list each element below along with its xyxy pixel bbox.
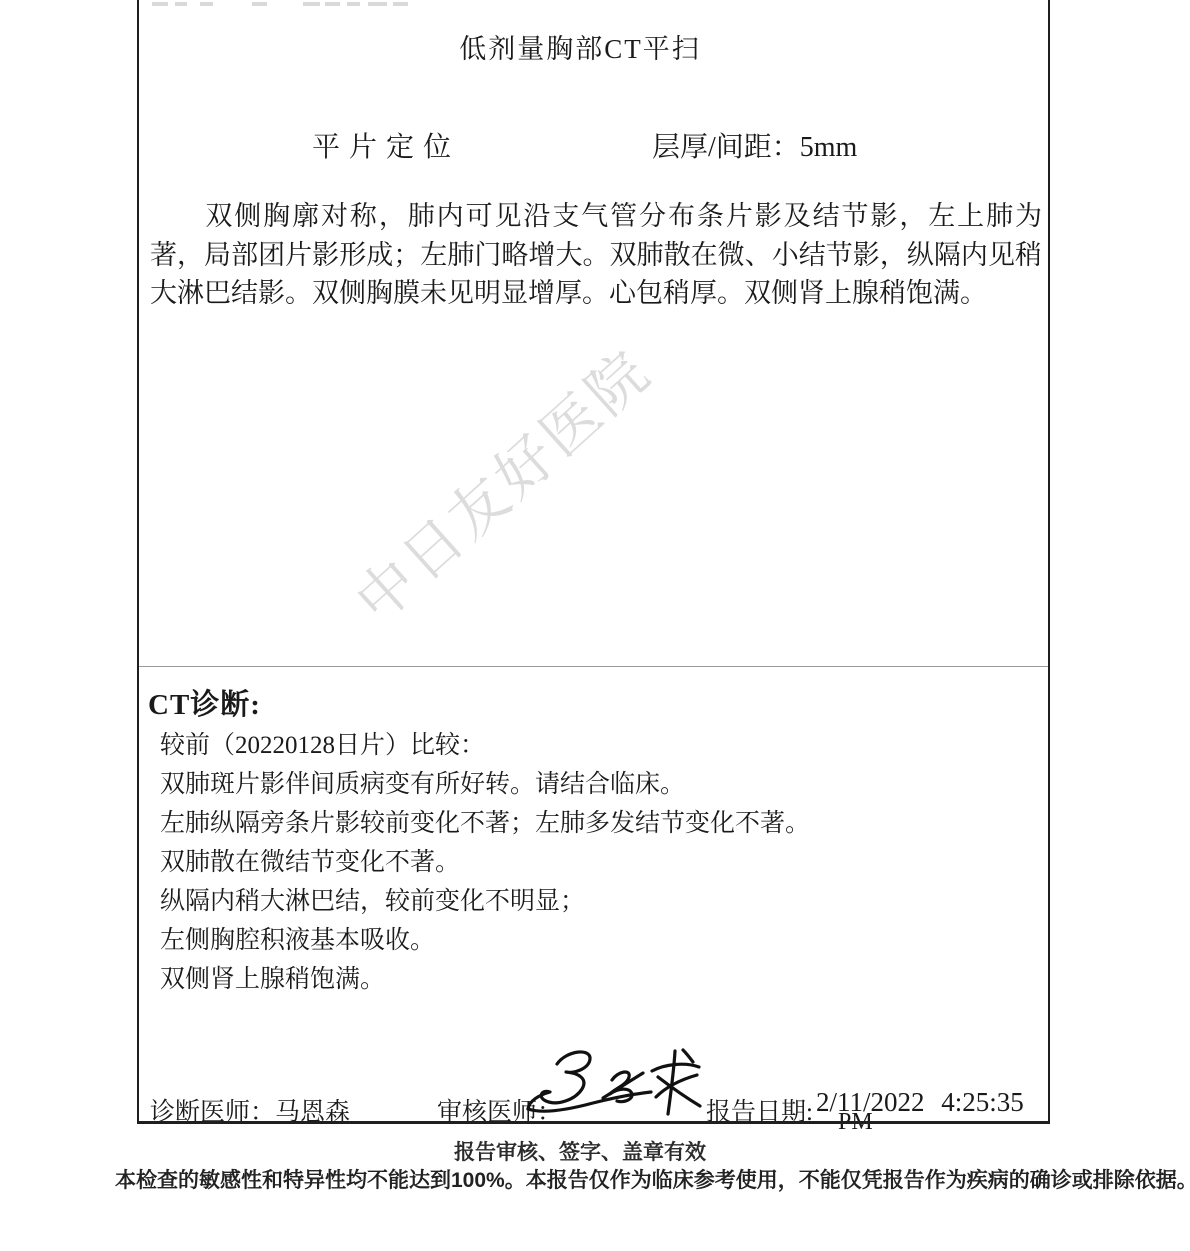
section-divider (139, 666, 1048, 667)
slice-thickness-label: 层厚/间距：5mm (652, 125, 857, 165)
diagnosis-line: 左侧胸腔积液基本吸收。 (160, 921, 1040, 960)
ct-report-page: 中日友好医院 低剂量胸部CT平扫 平片定位 层厚/间距：5mm 双侧胸廓对称，肺… (0, 0, 1190, 1251)
diagnosis-line: 左肺纵隔旁条片影较前变化不著；左肺多发结节变化不著。 (160, 804, 1040, 843)
cropped-text-remnant (368, 2, 387, 6)
footer-disclaimer: 本检查的敏感性和特异性均不能达到100%。本报告仅作为临床参考使用，不能仅凭报告… (115, 1164, 1075, 1194)
cropped-text-remnant (325, 2, 340, 6)
frame-left-border (137, 0, 139, 1124)
frame-bottom-border (137, 1121, 1050, 1124)
diagnosis-line: 双肺散在微结节变化不著。 (160, 843, 1040, 882)
diagnosis-lines: 较前（20220128日片）比较： 双肺斑片影伴间质病变有所好转。请结合临床。 … (160, 726, 1040, 999)
cropped-text-remnant (252, 2, 267, 6)
frame-right-border (1048, 0, 1050, 1124)
diagnosis-line: 纵隔内稍大淋巴结，较前变化不明显； (160, 882, 1040, 921)
diagnosis-line: 双肺斑片影伴间质病变有所好转。请结合临床。 (160, 765, 1040, 804)
hospital-watermark: 中日友好医院 (331, 324, 670, 641)
cropped-text-remnant (393, 2, 408, 6)
cropped-text-remnant (347, 2, 360, 6)
cropped-text-remnant (200, 2, 213, 6)
exam-title: 低剂量胸部CT平扫 (138, 27, 1022, 66)
findings-paragraph: 双侧胸廓对称，肺内可见沿支气管分布条片影及结节影，左上肺为著，局部团片影形成；左… (150, 197, 1042, 313)
footer-validity-note: 报告审核、签字、盖章有效 (138, 1136, 1022, 1166)
diagnosis-line: 双侧肾上腺稍饱满。 (160, 960, 1040, 999)
cropped-text-remnant (152, 2, 168, 6)
diagnosis-line: 较前（20220128日片）比较： (160, 726, 1040, 765)
reviewer-signature (515, 1044, 715, 1119)
scout-view-label: 平片定位 (312, 125, 460, 165)
diagnosis-heading: CT诊断: (148, 682, 261, 723)
cropped-text-remnant (303, 2, 320, 6)
cropped-text-remnant (175, 2, 187, 6)
